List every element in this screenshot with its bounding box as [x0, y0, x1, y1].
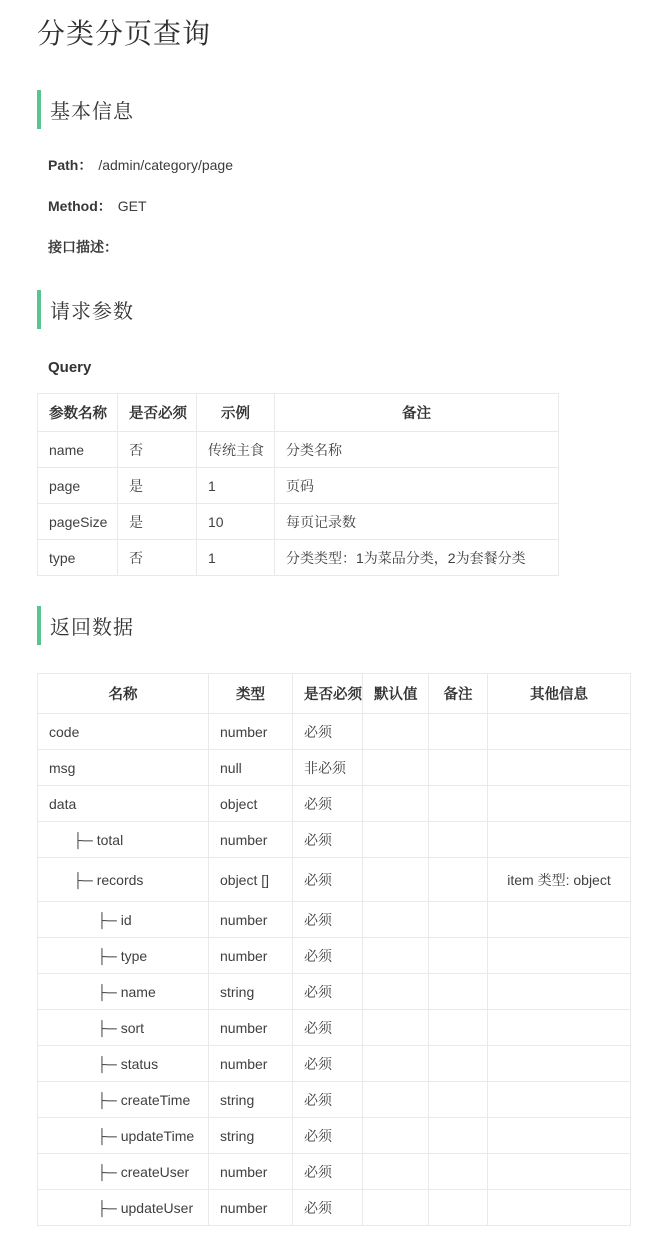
api-doc-page: 分类分页查询 基本信息 Path：/admin/category/page Me…	[0, 0, 664, 1246]
response-field-row: ├─ updateTimestring必须	[38, 1118, 631, 1154]
response-cell-other: item 类型: object	[488, 858, 631, 902]
response-cell-required: 必须	[293, 714, 363, 750]
description-line: 接口描述：	[37, 239, 630, 256]
method-value: GET	[118, 198, 147, 214]
response-cell-type: number	[209, 902, 293, 938]
response-cell-note	[429, 902, 488, 938]
query-header-cell: 备注	[275, 394, 559, 432]
response-cell-note	[429, 714, 488, 750]
query-table-head: 参数名称是否必须示例备注	[38, 394, 559, 432]
response-header-cell: 是否必须	[293, 674, 363, 714]
query-param-row: name否传统主食分类名称	[38, 432, 559, 468]
response-cell-type: number	[209, 1154, 293, 1190]
response-cell-note	[429, 1010, 488, 1046]
response-cell-type: number	[209, 714, 293, 750]
response-header-cell: 类型	[209, 674, 293, 714]
response-field-row: ├─ namestring必须	[38, 974, 631, 1010]
response-cell-type: object	[209, 786, 293, 822]
response-cell-default	[363, 822, 429, 858]
response-field-row: ├─ idnumber必须	[38, 902, 631, 938]
response-cell-note	[429, 1118, 488, 1154]
response-cell-name: ├─ records	[38, 858, 209, 902]
query-header-cell: 是否必须	[118, 394, 197, 432]
response-cell-type: number	[209, 1046, 293, 1082]
response-cell-note	[429, 858, 488, 902]
query-cell-example: 传统主食	[197, 432, 275, 468]
response-cell-type: number	[209, 938, 293, 974]
response-cell-name: data	[38, 786, 209, 822]
response-data-table: 名称类型是否必须默认值备注其他信息 codenumber必须msgnull非必须…	[37, 673, 631, 1226]
response-header-cell: 默认值	[363, 674, 429, 714]
response-cell-other	[488, 1190, 631, 1226]
response-cell-note	[429, 938, 488, 974]
response-cell-other	[488, 938, 631, 974]
response-cell-name: ├─ total	[38, 822, 209, 858]
response-cell-note	[429, 1154, 488, 1190]
query-param-row: page是1页码	[38, 468, 559, 504]
query-header-cell: 参数名称	[38, 394, 118, 432]
response-cell-required: 必须	[293, 822, 363, 858]
response-header-cell: 其他信息	[488, 674, 631, 714]
response-cell-default	[363, 938, 429, 974]
response-cell-default	[363, 974, 429, 1010]
response-cell-note	[429, 822, 488, 858]
response-field-row: dataobject必须	[38, 786, 631, 822]
response-cell-default	[363, 714, 429, 750]
response-cell-name: ├─ sort	[38, 1010, 209, 1046]
section-heading-response-data: 返回数据	[37, 606, 630, 645]
response-cell-note	[429, 750, 488, 786]
method-label: Method：	[48, 198, 112, 214]
response-cell-default	[363, 902, 429, 938]
response-table-head: 名称类型是否必须默认值备注其他信息	[38, 674, 631, 714]
response-field-row: ├─ createUsernumber必须	[38, 1154, 631, 1190]
response-cell-type: string	[209, 1118, 293, 1154]
response-cell-required: 必须	[293, 786, 363, 822]
response-cell-note	[429, 786, 488, 822]
query-cell-example: 1	[197, 540, 275, 576]
response-cell-name: ├─ name	[38, 974, 209, 1010]
response-field-row: ├─ statusnumber必须	[38, 1046, 631, 1082]
response-cell-name: msg	[38, 750, 209, 786]
query-header-row: 参数名称是否必须示例备注	[38, 394, 559, 432]
response-cell-default	[363, 1046, 429, 1082]
response-cell-type: number	[209, 1010, 293, 1046]
query-param-row: pageSize是10每页记录数	[38, 504, 559, 540]
section-heading-basic-info: 基本信息	[37, 90, 630, 129]
response-cell-note	[429, 1046, 488, 1082]
response-field-row: ├─ recordsobject []必须item 类型: object	[38, 858, 631, 902]
response-field-row: ├─ totalnumber必须	[38, 822, 631, 858]
query-cell-note: 页码	[275, 468, 559, 504]
response-cell-required: 必须	[293, 1118, 363, 1154]
response-cell-note	[429, 974, 488, 1010]
page-title: 分类分页查询	[37, 12, 630, 52]
query-param-row: type否1分类类型：1为菜品分类，2为套餐分类	[38, 540, 559, 576]
response-cell-default	[363, 1190, 429, 1226]
path-value: /admin/category/page	[98, 157, 233, 173]
response-cell-default	[363, 1118, 429, 1154]
response-field-row: ├─ sortnumber必须	[38, 1010, 631, 1046]
method-line: Method：GET	[37, 198, 630, 215]
response-cell-name: ├─ id	[38, 902, 209, 938]
response-cell-required: 必须	[293, 902, 363, 938]
response-cell-type: object []	[209, 858, 293, 902]
path-line: Path：/admin/category/page	[37, 157, 630, 174]
response-cell-default	[363, 786, 429, 822]
query-cell-required: 否	[118, 540, 197, 576]
path-label: Path：	[48, 157, 92, 173]
response-cell-other	[488, 822, 631, 858]
response-cell-name: code	[38, 714, 209, 750]
response-cell-name: ├─ type	[38, 938, 209, 974]
response-cell-required: 必须	[293, 1046, 363, 1082]
query-cell-required: 是	[118, 504, 197, 540]
response-cell-required: 必须	[293, 1082, 363, 1118]
response-cell-default	[363, 1082, 429, 1118]
response-cell-other	[488, 714, 631, 750]
response-field-row: ├─ typenumber必须	[38, 938, 631, 974]
query-table-body: name否传统主食分类名称page是1页码pageSize是10每页记录数typ…	[38, 432, 559, 576]
response-cell-required: 非必须	[293, 750, 363, 786]
response-field-row: ├─ updateUsernumber必须	[38, 1190, 631, 1226]
description-label: 接口描述：	[48, 239, 118, 255]
response-cell-other	[488, 1118, 631, 1154]
response-cell-name: ├─ updateUser	[38, 1190, 209, 1226]
response-cell-required: 必须	[293, 974, 363, 1010]
response-cell-required: 必须	[293, 1190, 363, 1226]
response-cell-other	[488, 974, 631, 1010]
response-cell-required: 必须	[293, 1010, 363, 1046]
response-cell-other	[488, 750, 631, 786]
response-field-row: ├─ createTimestring必须	[38, 1082, 631, 1118]
response-cell-default	[363, 750, 429, 786]
response-cell-name: ├─ updateTime	[38, 1118, 209, 1154]
response-cell-required: 必须	[293, 858, 363, 902]
response-cell-required: 必须	[293, 938, 363, 974]
query-header-cell: 示例	[197, 394, 275, 432]
response-cell-name: ├─ status	[38, 1046, 209, 1082]
query-cell-name: type	[38, 540, 118, 576]
response-header-row: 名称类型是否必须默认值备注其他信息	[38, 674, 631, 714]
response-cell-type: string	[209, 1082, 293, 1118]
response-header-cell: 备注	[429, 674, 488, 714]
response-cell-type: string	[209, 974, 293, 1010]
response-cell-type: number	[209, 822, 293, 858]
response-cell-note	[429, 1082, 488, 1118]
query-cell-name: pageSize	[38, 504, 118, 540]
response-cell-other	[488, 1154, 631, 1190]
query-cell-note: 每页记录数	[275, 504, 559, 540]
query-sub-label: Query	[37, 359, 630, 376]
response-cell-name: ├─ createUser	[38, 1154, 209, 1190]
response-cell-default	[363, 858, 429, 902]
response-header-cell: 名称	[38, 674, 209, 714]
query-cell-name: name	[38, 432, 118, 468]
query-cell-note: 分类类型：1为菜品分类，2为套餐分类	[275, 540, 559, 576]
query-cell-example: 1	[197, 468, 275, 504]
response-cell-default	[363, 1010, 429, 1046]
response-cell-type: null	[209, 750, 293, 786]
response-cell-other	[488, 1010, 631, 1046]
query-cell-required: 是	[118, 468, 197, 504]
response-cell-other	[488, 902, 631, 938]
response-field-row: codenumber必须	[38, 714, 631, 750]
query-cell-note: 分类名称	[275, 432, 559, 468]
query-cell-required: 否	[118, 432, 197, 468]
basic-info-block: Path：/admin/category/page Method：GET 接口描…	[37, 157, 630, 255]
response-table-body: codenumber必须msgnull非必须dataobject必须├─ tot…	[38, 714, 631, 1226]
response-field-row: msgnull非必须	[38, 750, 631, 786]
query-cell-name: page	[38, 468, 118, 504]
section-heading-request-params: 请求参数	[37, 290, 630, 329]
response-cell-required: 必须	[293, 1154, 363, 1190]
response-cell-default	[363, 1154, 429, 1190]
query-params-table: 参数名称是否必须示例备注 name否传统主食分类名称page是1页码pageSi…	[37, 393, 559, 576]
query-cell-example: 10	[197, 504, 275, 540]
response-cell-name: ├─ createTime	[38, 1082, 209, 1118]
response-cell-note	[429, 1190, 488, 1226]
response-cell-type: number	[209, 1190, 293, 1226]
response-cell-other	[488, 1046, 631, 1082]
response-cell-other	[488, 1082, 631, 1118]
response-cell-other	[488, 786, 631, 822]
